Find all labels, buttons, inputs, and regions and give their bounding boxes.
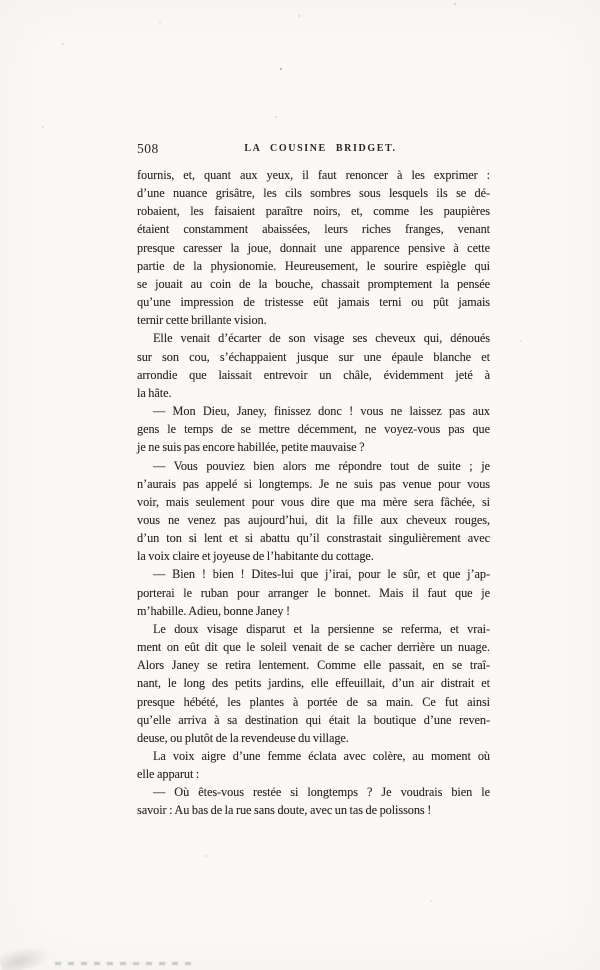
text-line: — Bien ! bien ! Dites-lui que j’irai, po… <box>137 565 490 583</box>
text-line: presque hébété, les plantes à portée de … <box>137 693 490 711</box>
text-line: — Mon Dieu, Janey, finissez donc ! vous … <box>137 402 490 420</box>
text-line: savoir : Au bas de la rue sans doute, av… <box>137 801 490 819</box>
paragraph: — Vous pouviez bien alors me répondre to… <box>137 457 490 566</box>
scan-artifact-smudge <box>0 941 52 970</box>
text-line: qu’elle arriva à sa destination qui étai… <box>137 711 490 729</box>
paragraph: fournis, et, quant aux yeux, il faut ren… <box>137 166 490 329</box>
text-line: la hâte. <box>137 384 490 402</box>
paragraph: — Bien ! bien ! Dites-lui que j’irai, po… <box>137 565 490 619</box>
page-header: 508 LA COUSINE BRIDGET. <box>137 141 490 159</box>
text-line: Elle venait d’écarter de son visage ses … <box>137 329 490 347</box>
text-line: étaient constamment abaissées, leurs ric… <box>137 220 490 238</box>
scan-artifact-dashes <box>55 962 195 965</box>
scan-speck-noise <box>0 0 2 2</box>
text-line: Alors Janey se retira lentement. Comme e… <box>137 656 490 674</box>
text-line: arrondie que laissait entrevoir un châle… <box>137 366 490 384</box>
page-number: 508 <box>137 141 159 157</box>
text-line: je ne suis pas encore habillée, petite m… <box>137 438 490 456</box>
text-line: nant, le long des petits jardins, elle e… <box>137 674 490 692</box>
text-line: deuse, ou plutôt de la revendeuse du vil… <box>137 729 490 747</box>
text-line: d’une nuance grisâtre, les cils sombres … <box>137 184 490 202</box>
text-line: sur son cou, s’échappaient jusque sur un… <box>137 348 490 366</box>
text-line: fournis, et, quant aux yeux, il faut ren… <box>137 166 490 184</box>
text-line: partie de la physionomie. Heureusement, … <box>137 257 490 275</box>
page-text: fournis, et, quant aux yeux, il faut ren… <box>137 166 490 820</box>
text-line: voir, mais seulement pour vous dire que … <box>137 493 490 511</box>
text-line: robaient, les faisaient paraître noirs, … <box>137 202 490 220</box>
text-line: m’habille. Adieu, bonne Janey ! <box>137 602 490 620</box>
text-line: d’un ton si lent et si abattu qu’il cons… <box>137 529 490 547</box>
book-page: 508 LA COUSINE BRIDGET. fournis, et, qua… <box>0 0 600 970</box>
text-line: porterai le ruban pour arranger le bonne… <box>137 584 490 602</box>
text-line: qu’une impression de tristesse eût jamai… <box>137 293 490 311</box>
text-line: ment on eût dit que le soleil venait de … <box>137 638 490 656</box>
paragraph: — Où êtes-vous restée si longtemps ? Je … <box>137 783 490 819</box>
text-line: se jouait au coin de la bouche, chassait… <box>137 275 490 293</box>
text-line: la voix claire et joyeuse de l’habitante… <box>137 547 490 565</box>
running-title: LA COUSINE BRIDGET. <box>137 141 490 154</box>
paragraph: Elle venait d’écarter de son visage ses … <box>137 329 490 402</box>
text-line: presque caresser la joue, donnait une ap… <box>137 239 490 257</box>
text-line: — Où êtes-vous restée si longtemps ? Je … <box>137 783 490 801</box>
text-line: gens le temps de se mettre décemment, ne… <box>137 420 490 438</box>
paragraph: La voix aigre d’une femme éclata avec co… <box>137 747 490 783</box>
text-line: Le doux visage disparut et la persienne … <box>137 620 490 638</box>
paragraph: Le doux visage disparut et la persienne … <box>137 620 490 747</box>
text-line: vous ne venez pas aujourd’hui, dit la fi… <box>137 511 490 529</box>
text-line: n’aurais pas appelé si longtemps. Je ne … <box>137 475 490 493</box>
text-line: — Vous pouviez bien alors me répondre to… <box>137 457 490 475</box>
text-line: La voix aigre d’une femme éclata avec co… <box>137 747 490 765</box>
paragraph: — Mon Dieu, Janey, finissez donc ! vous … <box>137 402 490 456</box>
text-line: ternir cette brillante vision. <box>137 311 490 329</box>
text-line: elle apparut : <box>137 765 490 783</box>
